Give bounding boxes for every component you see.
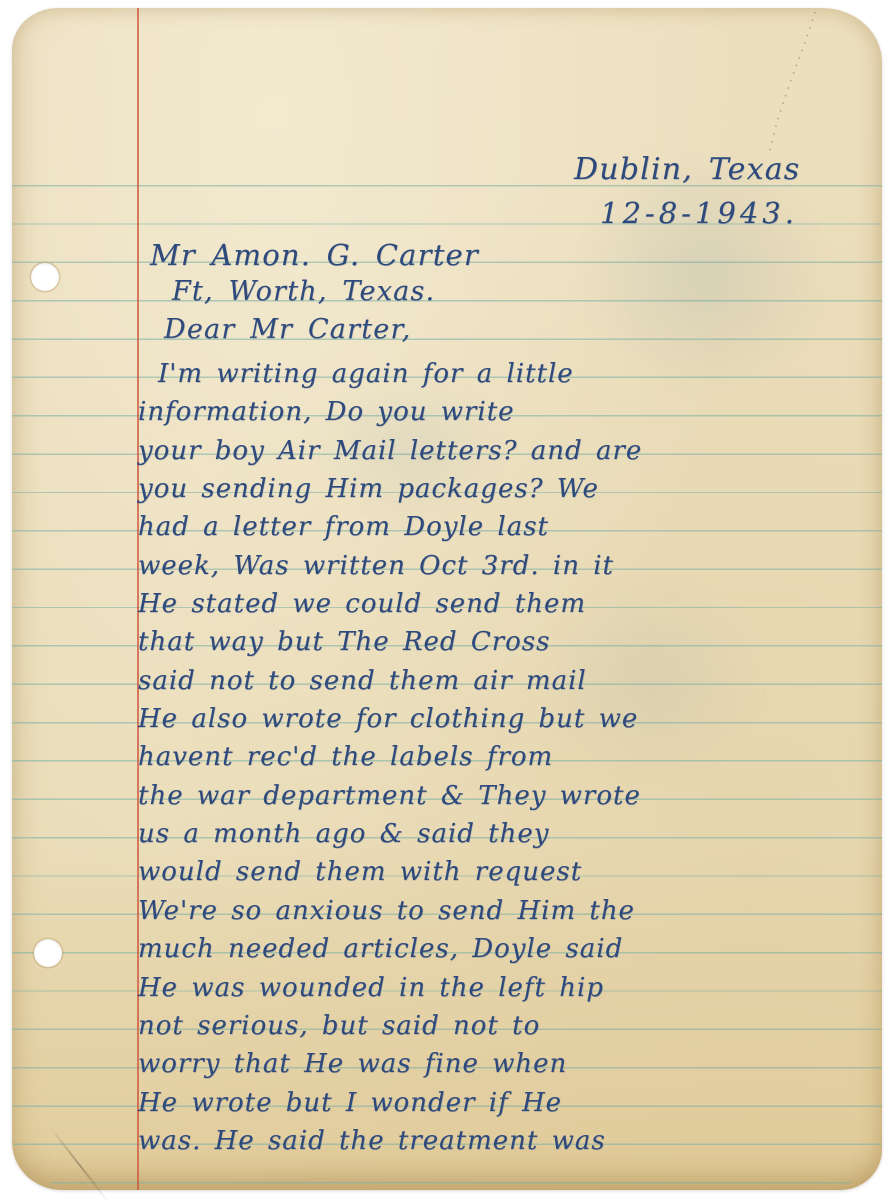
- notebook-page: Dublin, Texas 12-8-1943. Mr Amon. G. Car…: [12, 8, 882, 1190]
- handwriting-line: We're so anxious to send Him the: [138, 892, 862, 930]
- handwriting-line: was. He said the treatment was: [138, 1122, 862, 1160]
- recipient-name: Mr Amon. G. Carter: [150, 238, 479, 272]
- handwriting-line: said not to send them air mail: [138, 662, 862, 700]
- handwriting-line: worry that He was fine when: [138, 1045, 862, 1083]
- handwriting-line: you sending Him packages? We: [138, 470, 862, 508]
- handwriting-line: us a month ago & said they: [138, 815, 862, 853]
- handwriting-line: week, Was written Oct 3rd. in it: [138, 547, 862, 585]
- crease-mark-top-right: [707, 8, 837, 158]
- dateline-date: 12-8-1943.: [600, 196, 798, 230]
- handwriting-line: would send them with request: [138, 853, 862, 891]
- handwriting-line: that way but The Red Cross: [138, 623, 862, 661]
- handwriting-line: information, Do you write: [138, 393, 862, 431]
- handwriting-line: the war department & They wrote: [138, 777, 862, 815]
- letter-body: I'm writing again for a little informati…: [138, 355, 862, 1160]
- punch-hole-top: [31, 263, 59, 291]
- letter-scan: Dublin, Texas 12-8-1943. Mr Amon. G. Car…: [0, 0, 892, 1200]
- handwriting-line: had a letter from Doyle last: [138, 508, 862, 546]
- salutation: Dear Mr Carter,: [164, 314, 411, 345]
- handwriting-line: your boy Air Mail letters? and are: [138, 432, 862, 470]
- handwriting-line: He stated we could send them: [138, 585, 862, 623]
- handwriting-line: He was wounded in the left hip: [138, 969, 862, 1007]
- handwriting-line: not serious, but said not to: [138, 1007, 862, 1045]
- handwriting-line: He wrote but I wonder if He: [138, 1084, 862, 1122]
- punch-hole-bottom: [34, 939, 62, 967]
- recipient-city: Ft, Worth, Texas.: [172, 276, 435, 307]
- handwriting-line: havent rec'd the labels from: [138, 738, 862, 776]
- handwriting-line: He also wrote for clothing but we: [138, 700, 862, 738]
- dateline-location: Dublin, Texas: [574, 152, 800, 187]
- handwriting-line: much needed articles, Doyle said: [138, 930, 862, 968]
- handwriting-line: I'm writing again for a little: [138, 355, 862, 393]
